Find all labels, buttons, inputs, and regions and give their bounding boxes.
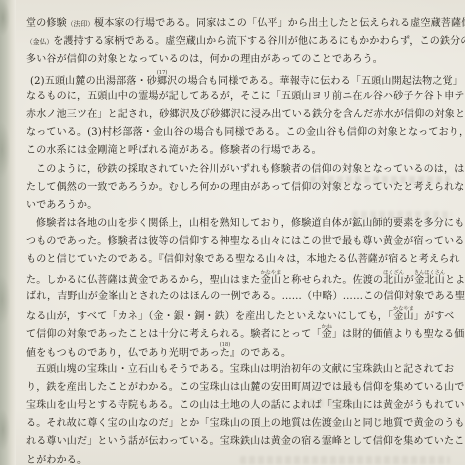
text-line: この水系には金剛滝と呼ばれる滝がある。修験者の行場である。 [26, 142, 454, 160]
paragraph: このように，砂鉄の採取されていた谷川がいずれも修験者の信仰の対象となっているのは… [26, 161, 454, 216]
ruby-annotation: 北山ほくざん [383, 275, 404, 286]
text-line: なっている。(3)村杉部落・金山谷の場合も同様である。この金山谷も信仰の対象とな… [26, 124, 454, 142]
text-line: 多い谷が信仰の対象となっているのは，何かの理由があってのことであろう。 [26, 51, 454, 69]
text-line: 堂の修験（法印）榎本家の行場である。同家はこの「仏平」から出土したと伝えられる虚… [26, 15, 454, 33]
ruby-annotation: 金北山きんほくさん [414, 275, 445, 286]
text-line: 赤水ノ池三ツ在」と記され，砂郷沢及び砂郷沢に浸み出ている鉄分を含んだ赤水が信仰の… [26, 106, 454, 124]
paragraph: 修験者は各地の山を歩く関係上，山相を熟知しており，修験道自体が鉱山師的要素を多分… [26, 215, 454, 361]
inline-small-annotation: （法印） [67, 20, 94, 28]
page-binding-edge [0, 0, 16, 465]
paragraph: 堂の修験（法印）榎本家の行場である。同家はこの「仏平」から出土したと伝えられる虚… [26, 15, 454, 70]
inline-small-annotation: （金仏） [26, 38, 53, 46]
ruby-annotation: 金かね [322, 329, 332, 340]
text-line: ものと信じていたのである。『信仰対象である聖なる山々は，本地たる仏菩薩が宿ると考… [26, 251, 454, 269]
text-line: （金仏）を護持する家柄である。虚空蔵山から流下する谷川が他にあるにもかかわらず，… [26, 33, 454, 51]
ruby-annotation: 郷(17) [157, 76, 167, 87]
ruby-annotation: 金山かなやま [393, 311, 414, 322]
text-line: て信仰の対象であったことは十分に考えられる。験者にとって「金かね」は財的価値より… [26, 324, 454, 342]
text-line: なる山が，すべて「カネ」（金・銀・銅・鉄）を産出したといえないにしても，「金山か… [26, 306, 454, 324]
text-line: 五頭山塊の宝珠山・立石山もそうである。宝珠山は明治初年の文献に宝珠鉄山と記されて… [26, 361, 454, 379]
text-line: る。それ故に尊く宝の山なのだ」とか「宝珠山の頂上の地質は佐渡金山と同じ地質で黄金… [26, 415, 454, 433]
text-line: なるものに，五頭山中の霊場が記してあるが，そこに「五頭山ヨリ前ニ在ル谷ハ砂子ケ谷… [26, 88, 454, 106]
text-line: 宝珠山を山号とする寺院もある。この山は土地の人の話によれば「宝珠山には黄金がうも… [26, 397, 454, 415]
text-line: た。しかるに仏菩薩は黄金であるから，聖山はまた金山かなやまと称せられた。佐渡の北… [26, 270, 454, 288]
paragraph: 五頭山塊の宝珠山・立石山もそうである。宝珠山は明治初年の文献に宝珠鉄山と記されて… [26, 361, 454, 465]
page-text-block: 堂の修験（法印）榎本家の行場である。同家はこの「仏平」から出土したと伝えられる虚… [26, 15, 454, 465]
text-line: 値をもつものであり，仏であり光明であった(18)』のである。 [26, 342, 454, 360]
text-line: り，鉄を産出したことがわかる。この宝珠山は山麓の安田町周辺では最も信仰を集めてい… [26, 379, 454, 397]
text-line: たして偶然の一致であろうか。むしろ何かの理由があって信仰の対象となっていたと考え… [26, 179, 454, 197]
paragraph: (2)五頭山麓の出湯部落・砂郷(17)沢の場合も同様である。華報寺に伝わる「五頭… [26, 70, 454, 161]
text-line: ばれ，吉野山が金峯山とされたのはほんの一例である。……（中略）……この信仰対象で… [26, 288, 454, 306]
text-line: れる尊い山だ」という話が伝わっている。宝珠鉄山は黄金の宿る霊峰として信仰を集めて… [26, 433, 454, 451]
text-line: いであろうか。 [26, 197, 454, 215]
text-line: つものであった。修験者は彼等の信仰する神聖なる山々にはこの世で最も尊い黄金が宿っ… [26, 233, 454, 251]
text-line: このように，砂鉄の採取されていた谷川がいずれも修験者の信仰の対象となっているのは… [26, 161, 454, 179]
text-line: 修験者は各地の山を歩く関係上，山相を熟知しており，修験道自体が鉱山師的要素を多分… [26, 215, 454, 233]
text-line: (2)五頭山麓の出湯部落・砂郷(17)沢の場合も同様である。華報寺に伝わる「五頭… [26, 70, 454, 88]
document-page: { "page": { "background_color": "#ebe8df… [0, 0, 465, 465]
text-line: とがわかる。 [26, 452, 454, 465]
ruby-annotation: 金山かなやま [261, 275, 282, 286]
ruby-annotation: た(18) [220, 348, 230, 359]
